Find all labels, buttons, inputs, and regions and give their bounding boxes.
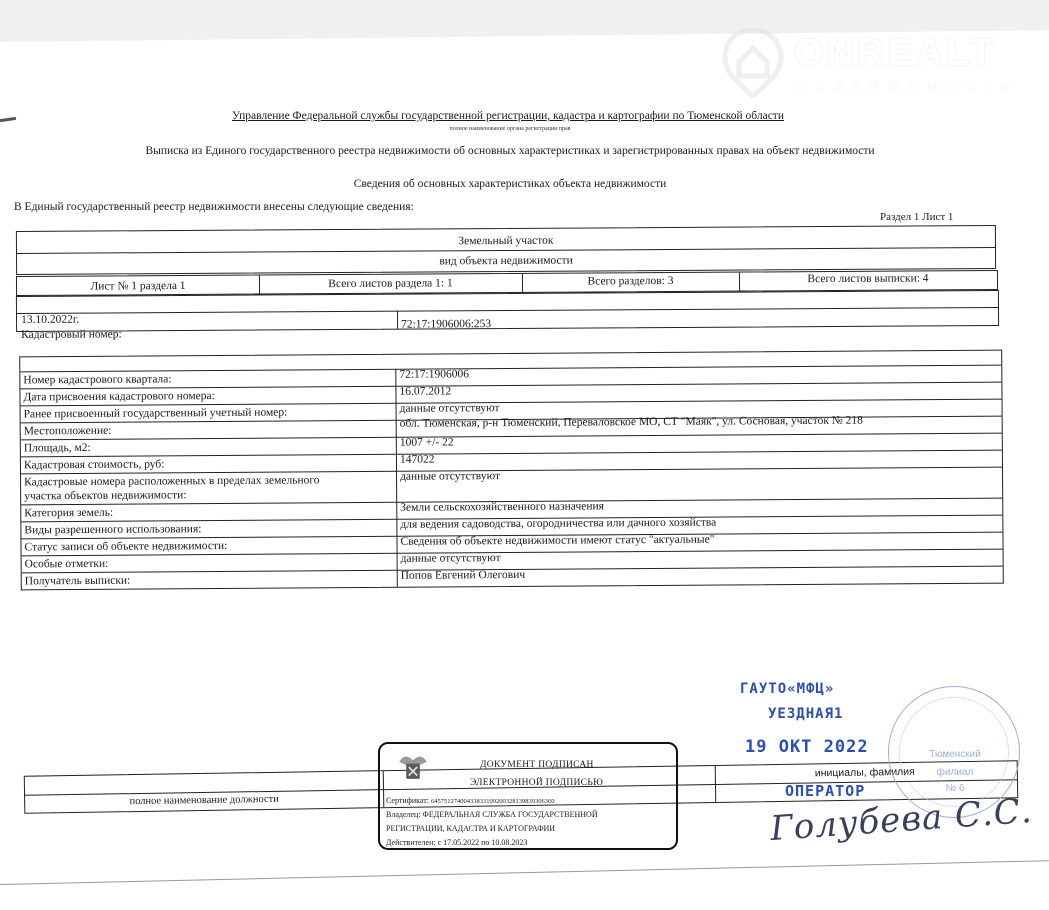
eagle-emblem-icon bbox=[396, 750, 430, 784]
label-location: Местоположение: bbox=[24, 425, 112, 438]
mfc-stamp-line2: УЕЗДНАЯ1 bbox=[768, 706, 843, 722]
value-land-category: Земли сельскохозяйственного назначения bbox=[400, 500, 604, 513]
value-recipient: Попов Евгений Олегович bbox=[401, 569, 526, 582]
page-bottom-edge bbox=[0, 860, 1049, 885]
cadastral-number-box: 13.10.2022г. Кадастровый номер: 72:17:19… bbox=[16, 290, 999, 332]
ecp-certificate-label: Сертификат: bbox=[386, 796, 429, 805]
ecp-certificate-value: 64575127400433833109200328139839306360 bbox=[431, 798, 555, 805]
value-cadastral-value: 147022 bbox=[400, 454, 435, 466]
extract-sheets-total: Всего листов выписки: 4 bbox=[739, 272, 997, 286]
document-page: ONREALT НЕДВИЖИМОСТЬ Управление Федераль… bbox=[0, 0, 1049, 910]
label-inner-objects-2: участка объектов недвижимости: bbox=[24, 489, 186, 502]
org-title: Управление Федеральной службы государств… bbox=[190, 110, 826, 122]
label-record-status: Статус записи об объекте недвижимости: bbox=[24, 540, 227, 553]
ecp-line2: ЭЛЕКТРОННОЙ ПОДПИСЬЮ bbox=[470, 778, 603, 788]
org-subtitle: полное наименование органа регистрации п… bbox=[400, 126, 620, 132]
extract-date: 13.10.2022г. bbox=[21, 314, 79, 326]
ecp-owner-line2: РЕГИСТРАЦИИ, КАДАСТРА И КАРТОГРАФИИ bbox=[386, 824, 555, 833]
ecp-valid-label: Действителен: bbox=[386, 838, 436, 847]
label-area: Площадь, м2: bbox=[24, 442, 91, 454]
seal-line2: филиал bbox=[889, 767, 1021, 778]
label-land-category: Категория земель: bbox=[24, 507, 113, 520]
value-cadastral-quarter: 72:17:1906006 bbox=[399, 368, 469, 380]
label-cadastral-quarter: Номер кадастрового квартала: bbox=[23, 373, 171, 386]
document-title: Выписка из Единого государственного реес… bbox=[60, 145, 960, 157]
sheet-number: Лист № 1 раздела 1 bbox=[17, 280, 259, 293]
electronic-signature-stamp: ДОКУМЕНТ ПОДПИСАН ЭЛЕКТРОННОЙ ПОДПИСЬЮ С… bbox=[378, 742, 678, 850]
label-cadastral-value: Кадастровая стоимость, руб: bbox=[24, 458, 165, 471]
ecp-owner-line1: ФЕДЕРАЛЬНАЯ СЛУЖБА ГОСУДАРСТВЕННОЙ bbox=[423, 810, 598, 819]
stamp-date: 19 ОКТ 2022 bbox=[745, 737, 869, 757]
value-location: обл. Тюменская, р-н Тюменский, Перевалов… bbox=[400, 415, 863, 430]
cadastral-number-value: 72:17:1906006:253 bbox=[401, 318, 491, 331]
ecp-owner-label: Владелец: bbox=[386, 810, 421, 819]
label-previous-number: Ранее присвоенный государственный учетны… bbox=[24, 407, 288, 421]
seal-line1: Тюменский bbox=[889, 749, 1021, 760]
value-record-status: Сведения об объекте недвижимости имеют с… bbox=[400, 534, 714, 548]
scan-mark bbox=[0, 117, 16, 122]
label-recipient: Получатель выписки: bbox=[25, 575, 131, 588]
watermark-logo: ONREALT НЕДВИЖИМОСТЬ bbox=[722, 28, 1022, 98]
sections-total: Всего разделов: 3 bbox=[522, 275, 739, 288]
value-previous-number: данные отсутствуют bbox=[400, 402, 500, 415]
label-inner-objects-1: Кадастровые номера расположенных в преде… bbox=[24, 474, 320, 488]
stamp-role: ОПЕРАТОР bbox=[785, 782, 865, 800]
section-sheets-total: Всего листов раздела 1: 1 bbox=[259, 277, 522, 291]
mfc-stamp-line1: ГАУТО«МФЦ» bbox=[740, 681, 834, 697]
ecp-certificate: Сертификат: 6457512740043383310920032813… bbox=[386, 796, 554, 805]
label-permitted-use: Виды разрешенного использования: bbox=[24, 523, 201, 536]
intro-text: В Единый государственный реестр недвижим… bbox=[14, 201, 414, 213]
ecp-line1: ДОКУМЕНТ ПОДПИСАН bbox=[480, 760, 594, 770]
cadastral-number-label: Кадастровый номер: bbox=[21, 328, 122, 341]
characteristics-table: Номер кадастрового квартала: Дата присво… bbox=[19, 350, 1004, 591]
ecp-valid-value: с 17.05.2022 по 10.08.2023 bbox=[438, 838, 528, 847]
ecp-validity: Действителен: с 17.05.2022 по 10.08.2023 bbox=[386, 838, 527, 847]
object-type-box: Земельный участок вид объекта недвижимос… bbox=[16, 225, 996, 275]
value-assignment-date: 16.07.2012 bbox=[399, 385, 451, 397]
section-sheet-label: Раздел 1 Лист 1 bbox=[880, 211, 953, 223]
value-permitted-use: для ведения садоводства, огородничества … bbox=[400, 517, 716, 531]
value-special-notes: данные отсутствуют bbox=[401, 552, 501, 565]
label-assignment-date: Дата присвоения кадастрового номера: bbox=[23, 390, 214, 403]
house-pin-icon bbox=[722, 28, 784, 98]
watermark-brand: ONREALT bbox=[794, 32, 996, 75]
watermark-subtitle: НЕДВИЖИМОСТЬ bbox=[798, 78, 1019, 93]
value-inner-objects: данные отсутствуют bbox=[400, 470, 500, 483]
label-special-notes: Особые отметки: bbox=[25, 558, 109, 571]
object-type-caption: вид объекта недвижимости bbox=[17, 252, 995, 270]
value-area: 1007 +/- 22 bbox=[400, 436, 454, 448]
section-title: Сведения об основных характеристиках объ… bbox=[280, 178, 740, 190]
ecp-owner: Владелец: ФЕДЕРАЛЬНАЯ СЛУЖБА ГОСУДАРСТВЕ… bbox=[386, 810, 598, 819]
